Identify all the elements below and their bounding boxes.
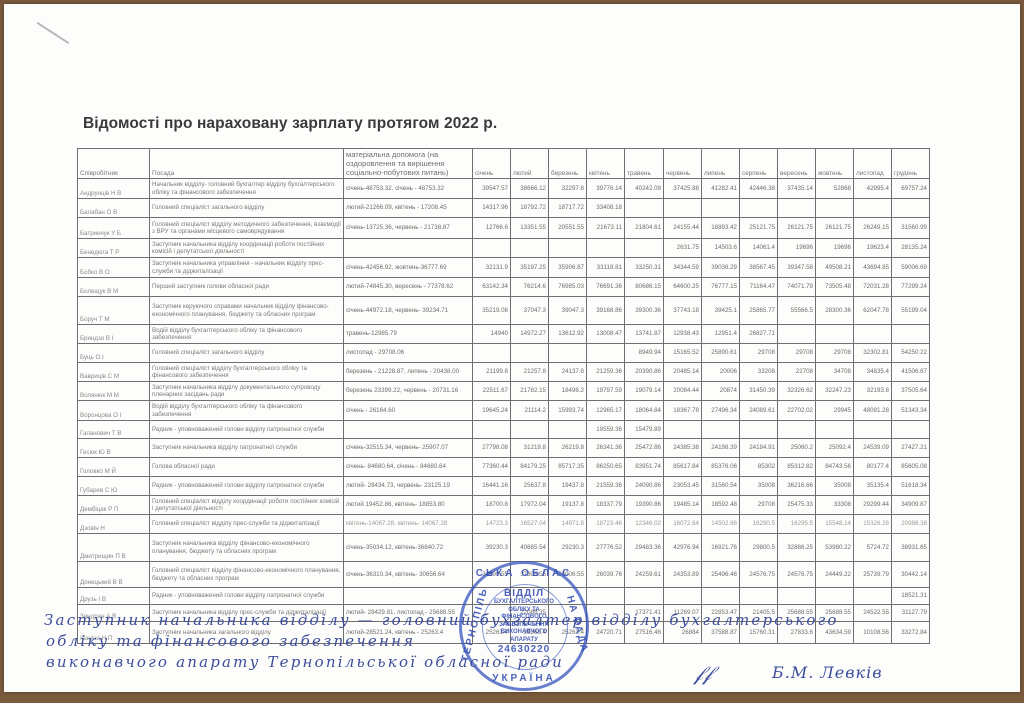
monthly-salary: 38666.12: [511, 179, 549, 199]
monthly-salary: [702, 588, 740, 605]
monthly-salary: 26121.75: [816, 218, 854, 239]
monthly-salary: 33272.84: [892, 622, 930, 644]
header-position: Посада: [150, 149, 344, 179]
monthly-salary: 22708: [778, 363, 816, 382]
position-title: Головний спеціаліст загального відділу: [150, 199, 344, 218]
monthly-salary: 42976.94: [664, 534, 702, 562]
material-help: листопад - 29708.06: [344, 344, 473, 363]
monthly-salary: 29299.44: [854, 496, 892, 515]
monthly-salary: [892, 199, 930, 218]
table-row: Балабан О ВГоловний спеціаліст загальног…: [78, 199, 930, 218]
monthly-salary: 15479.89: [625, 421, 664, 439]
employee-name: Балабан О В: [78, 199, 150, 218]
material-help: травень-12985.79: [344, 325, 473, 344]
material-help: березень - 21228.87, липень - 20438.00: [344, 363, 473, 382]
table-row: Бенедюга Т РЗаступник начальника відділу…: [78, 239, 930, 258]
monthly-salary: 18064.84: [625, 401, 664, 421]
monthly-salary: 86250.65: [587, 458, 625, 477]
monthly-salary: 21259.36: [587, 363, 625, 382]
monthly-salary: 84743.56: [816, 458, 854, 477]
employee-name: Батринчук У Б: [78, 218, 150, 239]
header-material-help: матеріальна допомога (на оздоровлення та…: [344, 149, 473, 179]
monthly-salary: [587, 239, 625, 258]
monthly-salary: 37047.3: [511, 297, 549, 325]
header-month: березень: [549, 149, 587, 179]
monthly-salary: 28135.24: [892, 239, 930, 258]
table-row: Воронцова О ІВодій відділу бухгалтерсько…: [78, 401, 930, 421]
monthly-salary: 39047.3: [549, 297, 587, 325]
monthly-salary: 48091.28: [854, 401, 892, 421]
monthly-salary: 37743.18: [664, 297, 702, 325]
monthly-salary: 16527.04: [511, 515, 549, 534]
monthly-salary: 25739.79: [854, 562, 892, 588]
position-title: Заступник керуючого справами начальник в…: [150, 297, 344, 325]
monthly-salary: 25092.4: [816, 439, 854, 458]
monthly-salary: 24155.44: [664, 218, 702, 239]
monthly-salary: 34835.4: [854, 363, 892, 382]
header-month: вересень: [778, 149, 816, 179]
monthly-salary: 77299.24: [892, 278, 930, 297]
monthly-salary: 19137.8: [549, 496, 587, 515]
position-title: Головний спеціаліст загального відділу: [150, 344, 344, 363]
monthly-salary: 18521.31: [892, 588, 930, 605]
monthly-salary: 21114.2: [511, 401, 549, 421]
table-row: Дембіцак Р ПГоловний спеціаліст відділу …: [78, 496, 930, 515]
monthly-salary: [778, 421, 816, 439]
monthly-salary: 31560.54: [702, 477, 740, 496]
monthly-salary: 33308: [816, 496, 854, 515]
monthly-salary: 39776.14: [587, 179, 625, 199]
monthly-salary: 20390.86: [625, 363, 664, 382]
monthly-salary: [702, 421, 740, 439]
monthly-salary: [778, 199, 816, 218]
monthly-salary: 29230.3: [549, 534, 587, 562]
monthly-salary: 20084.44: [664, 382, 702, 401]
monthly-salary: [664, 199, 702, 218]
monthly-salary: 12951.4: [702, 325, 740, 344]
monthly-salary: 24259.61: [625, 562, 664, 588]
monthly-salary: 27427.21: [892, 439, 930, 458]
table-row: Дзовін НГоловний спеціаліст відділу прес…: [78, 515, 930, 534]
monthly-salary: 19485.14: [664, 496, 702, 515]
position-title: Водій відділу бухгалтерського обліку та …: [150, 401, 344, 421]
stamp-ring-top: СЬКА ОБЛАС: [462, 568, 586, 579]
monthly-salary: 12766.6: [473, 218, 511, 239]
monthly-salary: 20551.55: [549, 218, 587, 239]
header-month: серпень: [740, 149, 778, 179]
monthly-salary: [816, 325, 854, 344]
position-title: Радник - уповноважений голови відділу па…: [150, 588, 344, 605]
monthly-salary: [892, 325, 930, 344]
monthly-salary: 51618.34: [892, 477, 930, 496]
employee-name: Волянюк М М: [78, 382, 150, 401]
monthly-salary: 80177.4: [854, 458, 892, 477]
material-help: січень-48753.32, січень - 48753.32: [344, 179, 473, 199]
monthly-salary: 24449.22: [816, 562, 854, 588]
monthly-salary: 34909.87: [892, 496, 930, 515]
table-row: Вавриців С МГоловний спеціаліст відділу …: [78, 363, 930, 382]
monthly-salary: 32302.81: [854, 344, 892, 363]
monthly-salary: 32886.25: [778, 534, 816, 562]
document-page: Відомості про нараховану зарплату протяг…: [4, 4, 1020, 692]
monthly-salary: 25637.8: [511, 477, 549, 496]
table-row: Бобко В ОЗаступник начальника управління…: [78, 258, 930, 278]
table-row: Гесюк Ю ВЗаступник начальника відділу па…: [78, 439, 930, 458]
monthly-salary: 54250.22: [892, 344, 930, 363]
monthly-salary: [473, 239, 511, 258]
monthly-salary: 85302: [740, 458, 778, 477]
monthly-salary: 55566.5: [778, 297, 816, 325]
header-month: лютий: [511, 149, 549, 179]
monthly-salary: 80686.15: [625, 278, 664, 297]
monthly-salary: 40242.09: [625, 179, 664, 199]
employee-name: Донецький В В: [78, 562, 150, 588]
header-month: жовтень: [816, 149, 854, 179]
monthly-salary: 55199.04: [892, 297, 930, 325]
material-help: січень - 26164.60: [344, 401, 473, 421]
monthly-salary: 22511.67: [473, 382, 511, 401]
monthly-salary: 29483.36: [625, 534, 664, 562]
signature-mark: 𝒻𝒻: [694, 661, 712, 685]
header-month: липень: [702, 149, 740, 179]
signature-name: Б.М. Левків: [772, 663, 883, 682]
monthly-salary: 27496.34: [702, 401, 740, 421]
monthly-salary: 14972.27: [511, 325, 549, 344]
table-row: Буць О ІГоловний спеціаліст загального в…: [78, 344, 930, 363]
material-help: січень-42456.92, жовтень-36777.69: [344, 258, 473, 278]
monthly-salary: 18723.46: [587, 515, 625, 534]
monthly-salary: [778, 325, 816, 344]
monthly-salary: [664, 588, 702, 605]
monthly-salary: [816, 421, 854, 439]
monthly-salary: 16441.16: [473, 477, 511, 496]
monthly-salary: 14503.6: [702, 239, 740, 258]
monthly-salary: [625, 588, 664, 605]
monthly-salary: 16290.5: [740, 515, 778, 534]
monthly-salary: 51343.34: [892, 401, 930, 421]
handwritten-line-1: Заступник начальника відділу — головний …: [44, 610, 839, 630]
position-title: Головний спеціаліст відділу бухгалтерськ…: [150, 363, 344, 382]
monthly-salary: 18717.72: [549, 199, 587, 218]
monthly-salary: 27776.52: [587, 534, 625, 562]
position-title: Начальник відділу- головний бухгалтер ві…: [150, 179, 344, 199]
monthly-salary: 37505.64: [892, 382, 930, 401]
monthly-salary: 74071.79: [778, 278, 816, 297]
monthly-salary: 33250.31: [625, 258, 664, 278]
monthly-salary: 24137.8: [549, 363, 587, 382]
monthly-salary: [816, 199, 854, 218]
stamp-line: ВИКОНАВЧОГО: [480, 629, 568, 637]
monthly-salary: [702, 199, 740, 218]
monthly-salary: 20006: [702, 363, 740, 382]
monthly-salary: 27798.08: [473, 439, 511, 458]
monthly-salary: 32326.62: [778, 382, 816, 401]
monthly-salary: 71164.47: [740, 278, 778, 297]
monthly-salary: 32297.8: [549, 179, 587, 199]
material-help: січень-35034.12, квітень-36840.72: [344, 534, 473, 562]
monthly-salary: 15326.28: [854, 515, 892, 534]
monthly-salary: 26249.15: [854, 218, 892, 239]
monthly-salary: [549, 239, 587, 258]
monthly-salary: 19437.8: [549, 477, 587, 496]
material-help: лютий 19452.86, квітень- 18853.80: [344, 496, 473, 515]
monthly-salary: 76777.15: [702, 278, 740, 297]
monthly-salary: 8949.94: [625, 344, 664, 363]
monthly-salary: 35906.87: [549, 258, 587, 278]
material-help: березень 23399.22, червень - 20731.16: [344, 382, 473, 401]
monthly-salary: 12938.43: [664, 325, 702, 344]
header-month: листопад: [854, 149, 892, 179]
monthly-salary: 17972.04: [511, 496, 549, 515]
monthly-salary: 29800.5: [740, 534, 778, 562]
position-title: Головний спеціаліст відділу методичного …: [150, 218, 344, 239]
material-help: лютий- 28434.73, червень- 23125.19: [344, 477, 473, 496]
monthly-salary: 28300.36: [816, 297, 854, 325]
position-title: Голова обласної ради: [150, 458, 344, 477]
monthly-salary: 39300.36: [625, 297, 664, 325]
monthly-salary: [625, 239, 664, 258]
monthly-salary: 39547.57: [473, 179, 511, 199]
material-help: [344, 421, 473, 439]
monthly-salary: 15993.74: [549, 401, 587, 421]
monthly-salary: 25496.46: [702, 562, 740, 588]
employee-name: Болещук В М: [78, 278, 150, 297]
monthly-salary: 84179.25: [511, 458, 549, 477]
monthly-salary: 21782.15: [511, 382, 549, 401]
monthly-salary: 20874: [702, 382, 740, 401]
monthly-salary: [854, 421, 892, 439]
monthly-salary: 29708: [816, 344, 854, 363]
monthly-salary: 25472.86: [625, 439, 664, 458]
monthly-salary: 5724.72: [854, 534, 892, 562]
monthly-salary: 53980.22: [816, 534, 854, 562]
table-row: Волянюк М МЗаступник начальника відділу …: [78, 382, 930, 401]
monthly-salary: 39168.86: [587, 297, 625, 325]
monthly-salary: 31450.39: [740, 382, 778, 401]
monthly-salary: 29708: [740, 496, 778, 515]
monthly-salary: 76985.03: [549, 278, 587, 297]
employee-name: Воронцова О І: [78, 401, 150, 421]
position-title: Радник - уповноважений голови відділу па…: [150, 421, 344, 439]
monthly-salary: 39230.3: [473, 534, 511, 562]
monthly-salary: 35135.4: [854, 477, 892, 496]
monthly-salary: 19559.36: [587, 421, 625, 439]
monthly-salary: 33118.81: [587, 258, 625, 278]
position-title: Головний спеціаліст відділу координації …: [150, 496, 344, 515]
monthly-salary: 39425.1: [702, 297, 740, 325]
monthly-salary: 22702.02: [778, 401, 816, 421]
monthly-salary: 35219.08: [473, 297, 511, 325]
stamp-ring-bottom: УКРАЇНА: [462, 673, 586, 684]
monthly-salary: 31219.8: [511, 439, 549, 458]
monthly-salary: 14940: [473, 325, 511, 344]
monthly-salary: 21257.8: [511, 363, 549, 382]
monthly-salary: 33408.18: [587, 199, 625, 218]
monthly-salary: 18893.42: [702, 218, 740, 239]
employee-name: Бобко В О: [78, 258, 150, 278]
employee-name: Буць О І: [78, 344, 150, 363]
monthly-salary: 49508.21: [816, 258, 854, 278]
table-row: Болещук В МПерший заступник голови облас…: [78, 278, 930, 297]
table-header-row: Співробітник Посада матеріальна допомога…: [78, 149, 930, 179]
monthly-salary: 16921.76: [702, 534, 740, 562]
table-row: Боруч Т МЗаступник керуючого справами на…: [78, 297, 930, 325]
position-title: Заступник начальника відділу фінансово-е…: [150, 534, 344, 562]
monthly-salary: 24184.91: [740, 439, 778, 458]
position-title: Водій відділу бухгалтерського обліку та …: [150, 325, 344, 344]
employee-name: Дембіцак Р П: [78, 496, 150, 515]
monthly-salary: 13612.92: [549, 325, 587, 344]
monthly-salary: [511, 421, 549, 439]
material-help: січень-36310.34, квітень- 30656.64: [344, 562, 473, 588]
monthly-salary: 52868: [816, 179, 854, 199]
monthly-salary: 76214.6: [511, 278, 549, 297]
monthly-salary: 26219.8: [549, 439, 587, 458]
monthly-salary: 77360.44: [473, 458, 511, 477]
position-title: Заступник начальника відділу патронатної…: [150, 439, 344, 458]
monthly-salary: 73505.48: [816, 278, 854, 297]
monthly-salary: 14971.8: [549, 515, 587, 534]
monthly-salary: 38567.45: [740, 258, 778, 278]
monthly-salary: 18367.78: [664, 401, 702, 421]
monthly-salary: 25121.75: [740, 218, 778, 239]
monthly-salary: 42446.38: [740, 179, 778, 199]
monthly-salary: 43694.85: [854, 258, 892, 278]
monthly-salary: 63142.34: [473, 278, 511, 297]
header-month: грудень: [892, 149, 930, 179]
monthly-salary: 25890.61: [702, 344, 740, 363]
monthly-salary: [778, 588, 816, 605]
monthly-salary: 24353.89: [664, 562, 702, 588]
monthly-salary: [664, 421, 702, 439]
monthly-salary: 19797.59: [587, 382, 625, 401]
monthly-salary: 26039.76: [587, 562, 625, 588]
monthly-salary: 76691.36: [587, 278, 625, 297]
monthly-salary: 34344.59: [664, 258, 702, 278]
table-row: Андрунців Н ВНачальник відділу- головний…: [78, 179, 930, 199]
position-title: Заступник начальника відділу координації…: [150, 239, 344, 258]
monthly-salary: 35197.25: [511, 258, 549, 278]
employee-name: Головко М Й: [78, 458, 150, 477]
position-title: Головний спеціаліст відділу прес-служби …: [150, 515, 344, 534]
monthly-salary: [740, 421, 778, 439]
monthly-salary: 40685.54: [511, 534, 549, 562]
monthly-salary: 15548.14: [816, 515, 854, 534]
monthly-salary: 31127.79: [892, 605, 930, 622]
table-row: Головко М ЙГолова обласної радисічень- 8…: [78, 458, 930, 477]
position-title: Головний спеціаліст відділу фінансово-ек…: [150, 562, 344, 588]
table-row: Дмитрищин П ВЗаступник начальника відділ…: [78, 534, 930, 562]
monthly-salary: 24198.39: [702, 439, 740, 458]
monthly-salary: 13351.55: [511, 218, 549, 239]
table-row: Губарев С ЮРадник - уповноважений голови…: [78, 477, 930, 496]
position-title: Радник - уповноважений голови відділу па…: [150, 477, 344, 496]
monthly-salary: 62047.78: [854, 297, 892, 325]
monthly-salary: 12346.02: [625, 515, 664, 534]
monthly-salary: 20485.14: [664, 363, 702, 382]
monthly-salary: [892, 421, 930, 439]
monthly-salary: [511, 239, 549, 258]
monthly-salary: 14061.4: [740, 239, 778, 258]
employee-name: Бенедюга Т Р: [78, 239, 150, 258]
material-help: [344, 588, 473, 605]
employee-name: Дмитрищин П В: [78, 534, 150, 562]
monthly-salary: 2631.75: [664, 239, 702, 258]
monthly-salary: 14723.3: [473, 515, 511, 534]
monthly-salary: 18792.72: [511, 199, 549, 218]
monthly-salary: 13008.47: [587, 325, 625, 344]
monthly-salary: 32131.9: [473, 258, 511, 278]
monthly-salary: 10108.56: [854, 622, 892, 644]
monthly-salary: [549, 344, 587, 363]
monthly-salary: [473, 344, 511, 363]
monthly-salary: 24576.75: [740, 562, 778, 588]
monthly-salary: 59006.69: [892, 258, 930, 278]
monthly-salary: 20988.38: [892, 515, 930, 534]
material-help: січень-13725.36, червень - 21738.87: [344, 218, 473, 239]
material-help: квітень-14067.28, квітень- 14067.28: [344, 515, 473, 534]
monthly-salary: [816, 588, 854, 605]
monthly-salary: 13741.87: [625, 325, 664, 344]
material-help: січень-32515.34, червень- 25907.07: [344, 439, 473, 458]
monthly-salary: 18496.2: [549, 382, 587, 401]
monthly-salary: 85617.84: [664, 458, 702, 477]
monthly-salary: 24090.86: [625, 477, 664, 496]
employee-name: Андрунців Н В: [78, 179, 150, 199]
monthly-salary: 26341.36: [587, 439, 625, 458]
monthly-salary: 37435.14: [778, 179, 816, 199]
material-help: лютий-74845.30, вересень - 77378.62: [344, 278, 473, 297]
employee-name: Бриндзо В І: [78, 325, 150, 344]
monthly-salary: 69757.24: [892, 179, 930, 199]
monthly-salary: 31560.99: [892, 218, 930, 239]
monthly-salary: 39347.58: [778, 258, 816, 278]
monthly-salary: [854, 325, 892, 344]
monthly-salary: 36216.66: [778, 477, 816, 496]
employee-name: Боруч Т М: [78, 297, 150, 325]
monthly-salary: 85717.35: [549, 458, 587, 477]
monthly-salary: 34708: [816, 363, 854, 382]
monthly-salary: 29708: [778, 344, 816, 363]
monthly-salary: 21804.61: [625, 218, 664, 239]
material-help: січень-44972.18, червень- 39234.71: [344, 297, 473, 325]
pen-mark: [37, 22, 70, 44]
monthly-salary: 32193.8: [854, 382, 892, 401]
monthly-salary: 14317.96: [473, 199, 511, 218]
monthly-salary: 24576.75: [778, 562, 816, 588]
monthly-salary: 85376.06: [702, 458, 740, 477]
position-title: Заступник начальника управління - началь…: [150, 258, 344, 278]
monthly-salary: 42995.4: [854, 179, 892, 199]
employee-name: Гапанович Т В: [78, 421, 150, 439]
header-month: травень: [625, 149, 664, 179]
handwritten-line-2: обліку та фінансового забезпечення: [46, 631, 415, 651]
monthly-salary: 15165.52: [664, 344, 702, 363]
monthly-salary: 21673.11: [587, 218, 625, 239]
monthly-salary: 19645.24: [473, 401, 511, 421]
monthly-salary: 37425.88: [664, 179, 702, 199]
table-row: Батринчук У БГоловний спеціаліст відділу…: [78, 218, 930, 239]
table-row: Бриндзо В ІВодій відділу бухгалтерського…: [78, 325, 930, 344]
monthly-salary: 25060.2: [778, 439, 816, 458]
monthly-salary: 26121.75: [778, 218, 816, 239]
monthly-salary: 16295.5: [778, 515, 816, 534]
monthly-salary: 14502.86: [702, 515, 740, 534]
table-row: Гапанович Т ВРадник - уповноважений голо…: [78, 421, 930, 439]
monthly-salary: 83951.74: [625, 458, 664, 477]
employee-name: Гесюк Ю В: [78, 439, 150, 458]
stamp-title: ВІДДІЛ: [480, 588, 568, 599]
